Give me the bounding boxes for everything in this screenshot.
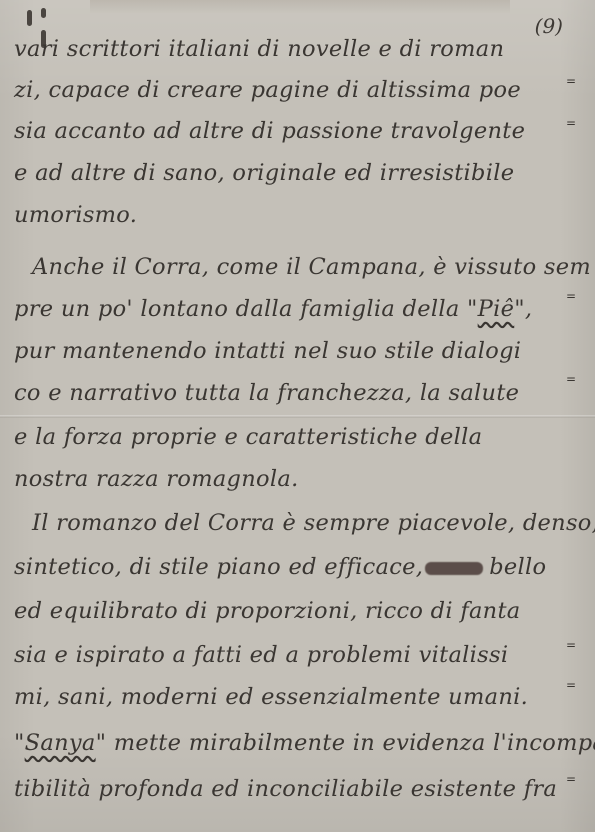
text-line: vari scrittori italiani di novelle e di … [14, 36, 504, 62]
text-segment: sintetico, di stile piano ed efficace, [14, 554, 423, 580]
text-line: co e narrativo tutta la franchezza, la s… [14, 380, 519, 406]
underlined-title: Sanya [25, 730, 96, 756]
text-line: Il romanzo del Corra è sempre piacevole,… [32, 510, 595, 536]
text-line: mi, sani, moderni ed essenzialmente uman… [14, 684, 528, 710]
text-line: zi, capace di creare pagine di altissima… [14, 77, 521, 103]
underlined-title: Piê [478, 296, 515, 322]
hyphen-mark: = [566, 772, 576, 786]
text-line: Anche il Corra, come il Campana, è vissu… [32, 254, 591, 280]
text-segment: " mette mirabilmente in evidenza l'incom… [96, 730, 595, 756]
text-line: tibilità profonda ed inconciliabile esis… [14, 776, 557, 802]
hyphen-mark: = [566, 372, 576, 386]
text-line: ed equilibrato di proporzioni, ricco di … [14, 598, 521, 624]
hyphen-mark: = [566, 289, 576, 303]
text-line: pre un po' lontano dalla famiglia della … [14, 296, 532, 322]
manuscript-page: (9) vari scrittori italiani di novelle e… [0, 0, 595, 832]
text-line: e ad altre di sano, originale ed irresis… [14, 160, 514, 186]
text-segment: ", [514, 296, 532, 322]
text-line: "Sanya" mette mirabilmente in evidenza l… [14, 730, 595, 756]
ink-mark [27, 10, 32, 26]
text-line: pur mantenendo intatti nel suo stile dia… [14, 338, 521, 364]
text-segment: pre un po' lontano dalla famiglia della … [14, 296, 478, 322]
text-line: umorismo. [14, 202, 137, 228]
ink-mark [41, 8, 46, 18]
paper-fold-line [0, 415, 595, 418]
hyphen-mark: = [566, 638, 576, 652]
text-line: e la forza proprie e caratteristiche del… [14, 424, 482, 450]
paper-stain [90, 0, 510, 14]
ink-blot-correction [425, 562, 483, 575]
text-line: nostra razza romagnola. [14, 466, 299, 492]
text-line: sintetico, di stile piano ed efficace,be… [14, 554, 546, 580]
page-number: (9) [535, 14, 563, 38]
hyphen-mark: = [566, 74, 576, 88]
hyphen-mark: = [566, 678, 576, 692]
hyphen-mark: = [566, 116, 576, 130]
text-line: sia accanto ad altre di passione travolg… [14, 118, 525, 144]
text-segment: " [14, 730, 25, 756]
text-line: sia e ispirato a fatti ed a problemi vit… [14, 642, 508, 668]
text-segment: bello [489, 554, 546, 580]
